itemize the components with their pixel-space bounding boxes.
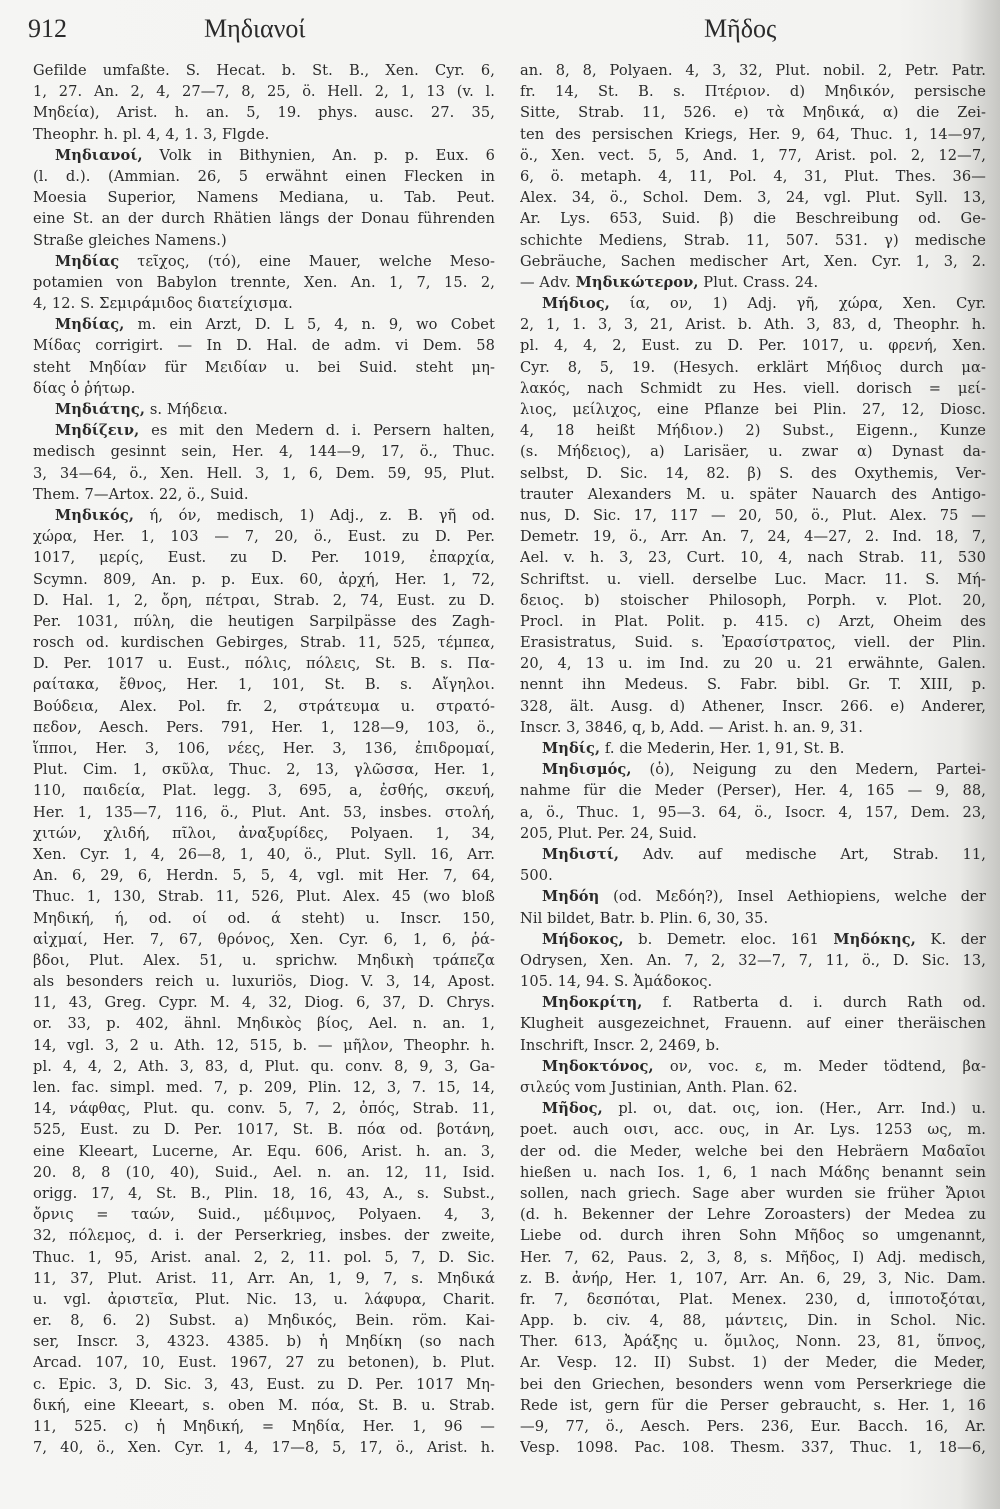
text-line: pl. 4, 4, 2, Eust. zu D. Per. 1017, u. φ… xyxy=(520,335,986,356)
text-line: Thuc. 1, 130, Strab. 11, 526, Plut. Alex… xyxy=(33,886,495,907)
line-text: λακός, nach Schmidt zu Hes. viell. doris… xyxy=(520,380,986,397)
line-text: Erasistratus, Suid. s. Ἐρασίστρατος, vie… xyxy=(520,634,986,651)
text-line: D. Hal. 1, 2, ὄρη, πέτραι, Strab. 2, 74,… xyxy=(33,590,495,611)
line-text: Plut. Cim. 1, σκῦλα, Thuc. 2, 13, γλῶσσα… xyxy=(33,761,495,778)
line-text: ö., Xen. vect. 5, 5, And. 1, 77, Arist. … xyxy=(520,147,986,164)
line-text: δειος. b) stoischer Philosoph, Porph. v.… xyxy=(520,592,986,609)
headword: Μηδίς, xyxy=(542,740,600,757)
text-line: Plut. Cim. 1, σκῦλα, Thuc. 2, 13, γλῶσσα… xyxy=(33,759,495,780)
text-line: fr. 14, St. B. s. Πτέριον. d) Μηδικόν, p… xyxy=(520,81,986,102)
text-line: 328, ält. Ausg. d) Athener, Inscr. 266. … xyxy=(520,696,986,717)
line-text: Inschrift, Inscr. 2, 2469, b. xyxy=(520,1037,720,1054)
line-text: nennt ihn Medeus. S. Fabr. bibl. Gr. T. … xyxy=(520,676,986,693)
line-text: Klugheit ausgezeichnet, Frauenn. auf ein… xyxy=(520,1015,986,1032)
text-line: χώρα, Her. 1, 103 — 7, 20, ö., Eust. zu … xyxy=(33,526,495,547)
line-text: or. 33, p. 402, ähnl. Μηδικὸς βίος, Ael.… xyxy=(33,1015,495,1032)
line-text: 14, vgl. 3, 2 u. Ath. 12, 515, b. — μῆλο… xyxy=(33,1037,495,1054)
headword: Μηδιστί, xyxy=(542,846,619,863)
line-text: Gefilde umfaßte. S. Hecat. b. St. B., Xe… xyxy=(33,62,495,79)
line-text: Thuc. 1, 130, Strab. 11, 526, Plut. Alex… xyxy=(33,888,495,905)
line-text: Procl. in Plat. Polit. p. 415. c) Arzt, … xyxy=(520,613,986,630)
line-text: m. ein Arzt, D. L 5, 4, n. 9, wo Cobet xyxy=(124,316,495,333)
text-line: a, ö., Thuc. 1, 95—3. 64, ö., Isocr. 4, … xyxy=(520,802,986,823)
text-line: fr. 7, δεσπόται, Plat. Menex. 230, d, ἱπ… xyxy=(520,1289,986,1310)
text-line: (s. Μήδειος), a) Larisäer, u. zwar α) Dy… xyxy=(520,441,986,462)
line-text: Μηδεία), Arist. h. an. 5, 19. phys. ausc… xyxy=(33,104,495,121)
text-line: trauter Alexanders M. u. später Nauarch … xyxy=(520,484,986,505)
text-line: D. Per. 1017 u. Eust., πόλις, πόλεις, St… xyxy=(33,653,495,674)
line-text: 11, 525. c) ἡ Μηδική, = Μηδία, Her. 1, 9… xyxy=(33,1418,495,1435)
line-text: nahme für die Meder (Perser), Her. 4, 16… xyxy=(520,782,986,799)
text-line: 4, 12. S. Σεμιράμιδος διατείχισμα. xyxy=(33,293,495,314)
line-text: Demetr. 19, ö., Arr. An. 7, 24, 4—27, 2.… xyxy=(520,528,986,545)
text-line: Rede ist, gern für die Perser gebraucht,… xyxy=(520,1395,986,1416)
text-line: 20. 8, 8 (10, 40), Suid., Ael. n. an. 12… xyxy=(33,1162,495,1183)
line-text: origg. 17, 4, St. B., Plin. 18, 16, 43, … xyxy=(33,1185,495,1202)
headword: Μηδίας xyxy=(55,253,119,270)
line-text: potamien von Babylon trennte, Xen. An. 1… xyxy=(33,274,495,291)
text-line: nennt ihn Medeus. S. Fabr. bibl. Gr. T. … xyxy=(520,674,986,695)
line-text: λιος, μείλιχος, eine Pflanze bei Plin. 2… xyxy=(520,401,986,418)
text-line: selbst, D. Sic. 14, 82. β) S. des Oxythe… xyxy=(520,463,986,484)
text-line: Odrysen, Xen. An. 7, 2, 32—7, 7, 11, ö.,… xyxy=(520,950,986,971)
text-line: Moesia Superior, Namens Mediana, u. Tab.… xyxy=(33,187,495,208)
line-text: Odrysen, Xen. An. 7, 2, 32—7, 7, 11, ö.,… xyxy=(520,952,986,969)
text-line: Schriftst. u. viell. derselbe Luc. Macr.… xyxy=(520,569,986,590)
text-line: Alex. 34, ö., Schol. Dem. 3, 24, vgl. Pl… xyxy=(520,187,986,208)
line-text: er. 8, 6. 2) Subst. a) Μηδικός, Bein. rö… xyxy=(33,1312,495,1329)
text-line: Gefilde umfaßte. S. Hecat. b. St. B., Xe… xyxy=(33,60,495,81)
line-text: 32, πόλεμος, d. i. der Perserkrieg, insb… xyxy=(33,1227,495,1244)
headword: Μηδίζειν, xyxy=(55,422,139,439)
line-text: ραίτακα, ἔθνος, Her. 1, 101, St. B. s. Α… xyxy=(33,676,495,693)
line-text: pl. 4, 4, 2, Eust. zu D. Per. 1017, u. φ… xyxy=(520,337,986,354)
entry-headword-line: Μηδιανοί, Volk in Bithynien, An. p. p. E… xyxy=(33,145,495,166)
text-line: Straße gleiches Namens.) xyxy=(33,230,495,251)
text-line: 110, παιδεία, Plat. legg. 3, 695, a, ἐσθ… xyxy=(33,780,495,801)
text-line: Μίδας corrigirt. — In D. Hal. de adm. vi… xyxy=(33,335,495,356)
entry-headword-line: Μήδιος, ία, ον, 1) Adj. γῆ, χώρα, Xen. C… xyxy=(520,293,986,314)
line-text: pl. οι, dat. οις, ion. (Her., Arr. Ind.)… xyxy=(603,1100,986,1117)
page-number: 912 xyxy=(28,14,67,44)
text-line: ten des persischen Kriegs, Her. 9, 64, T… xyxy=(520,124,986,145)
entry-headword-line: Μήδοκος, b. Demetr. eloc. 161 Μηδόκης, K… xyxy=(520,929,986,950)
line-text: Liebe od. durch ihren Sohn Μῆδος so umge… xyxy=(520,1227,986,1244)
line-text: σιλεύς vom Justinian, Anth. Plan. 62. xyxy=(520,1079,798,1096)
text-line: ὄρνις = ταών, Suid., μέδιμνος, Polyaen. … xyxy=(33,1204,495,1225)
text-line: Μηδεία), Arist. h. an. 5, 19. phys. ausc… xyxy=(33,102,495,123)
line-text: (ὁ), Neigung zu den Medern, Partei- xyxy=(632,761,986,778)
headword: Μηδοκτόνος, xyxy=(542,1058,654,1075)
line-text: Theophr. h. pl. 4, 4, 1. 3, Flgde. xyxy=(33,126,269,143)
entry-headword-line: Μηδόη (od. Μεδόη?), Insel Aethiopiens, w… xyxy=(520,886,986,907)
entry-headword-line: Μηδιάτης, s. Μήδεια. xyxy=(33,399,495,420)
text-line: An. 6, 29, 6, Herdn. 5, 5, 4, vgl. mit H… xyxy=(33,865,495,886)
line-text: τεῖχος, (τό), eine Mauer, welche Meso- xyxy=(119,253,495,270)
entry-headword-line: Μηδίς, f. die Mederin, Her. 1, 91, St. B… xyxy=(520,738,986,759)
headword: Μήδοκος, xyxy=(542,931,624,948)
text-line: Thuc. 1, 95, Arist. anal. 2, 2, 11. pol.… xyxy=(33,1247,495,1268)
headword: Μηδόη xyxy=(542,888,599,905)
line-text: 4, 12. S. Σεμιράμιδος διατείχισμα. xyxy=(33,295,293,312)
line-text: πεδον, Aesch. Pers. 791, Her. 1, 128—9, … xyxy=(33,719,495,736)
line-text: 328, ält. Ausg. d) Athener, Inscr. 266. … xyxy=(520,698,986,715)
line-text: Arcad. 107, 10, Eust. 1967, 27 zu betone… xyxy=(33,1354,495,1371)
line-text: (s. Μήδειος), a) Larisäer, u. zwar α) Dy… xyxy=(520,443,986,460)
entry-headword-line: Μηδίας, m. ein Arzt, D. L 5, 4, n. 9, wo… xyxy=(33,314,495,335)
text-line: Procl. in Plat. Polit. p. 415. c) Arzt, … xyxy=(520,611,986,632)
line-text: 1, 27. An. 2, 4, 27—7, 8, 25, ö. Hell. 2… xyxy=(33,83,495,100)
text-line: ραίτακα, ἔθνος, Her. 1, 101, St. B. s. Α… xyxy=(33,674,495,695)
text-line: Scymn. 809, An. p. p. Eux. 60, ἀρχή, Her… xyxy=(33,569,495,590)
text-line: δίας ὁ ῥήτωρ. xyxy=(33,378,495,399)
line-text: Ther. 613, Ἀράξης u. ὅμιλος, Nonn. 23, 8… xyxy=(520,1333,986,1350)
text-line: 2, 1, 1. 3, 3, 21, Arist. b. Ath. 3, 83,… xyxy=(520,314,986,335)
text-line: Ael. v. h. 3, 23, Curt. 10, 4, nach Stra… xyxy=(520,547,986,568)
text-line: χιτών, χλιδή, πῖλοι, ἀναξυρίδες, Polyaen… xyxy=(33,823,495,844)
line-text: Schriftst. u. viell. derselbe Luc. Macr.… xyxy=(520,571,986,588)
entry-headword-line: Μηδίζειν, es mit den Medern d. i. Perser… xyxy=(33,420,495,441)
line-text: App. b. civ. 4, 88, μάντεις, Din. in Sch… xyxy=(520,1312,986,1329)
text-line: ἵπποι, Her. 3, 106, νέες, Her. 3, 136, ἐ… xyxy=(33,738,495,759)
line-text: 11, 43, Greg. Cypr. M. 4, 32, Diog. 6, 3… xyxy=(33,994,495,1011)
text-line: nus, D. Sic. 17, 117 — 20, 50, ö., Plut.… xyxy=(520,505,986,526)
text-line: an. 8, 8, Polyaen. 4, 3, 32, Plut. nobil… xyxy=(520,60,986,81)
entry-headword-line: Μῆδος, pl. οι, dat. οις, ion. (Her., Arr… xyxy=(520,1098,986,1119)
text-line: 11, 37, Plut. Arist. 11, Arr. An, 1, 9, … xyxy=(33,1268,495,1289)
line-text: Adv. auf medische Art, Strab. 11, xyxy=(619,846,986,863)
text-line: 11, 525. c) ἡ Μηδική, = Μηδία, Her. 1, 9… xyxy=(33,1416,495,1437)
line-text: Scymn. 809, An. p. p. Eux. 60, ἀρχή, Her… xyxy=(33,571,495,588)
line-text: fr. 14, St. B. s. Πτέριον. d) Μηδικόν, p… xyxy=(520,83,986,100)
line-text: 525, Eust. zu D. Per. 1017, St. B. πόα o… xyxy=(33,1121,495,1138)
text-line: λιος, μείλιχος, eine Pflanze bei Plin. 2… xyxy=(520,399,986,420)
headword: Μηδικώτερον, xyxy=(576,274,699,291)
text-line: (l. d.). (Ammian. 26, 5 erwähnt einen Fl… xyxy=(33,166,495,187)
line-text: 20. 8, 8 (10, 40), Suid., Ael. n. an. 12… xyxy=(33,1164,495,1181)
text-line: 14, vgl. 3, 2 u. Ath. 12, 515, b. — μῆλο… xyxy=(33,1035,495,1056)
text-line: (d. h. Bekenner der Lehre Zoroasters) de… xyxy=(520,1204,986,1225)
line-text: Moesia Superior, Namens Mediana, u. Tab.… xyxy=(33,189,495,206)
line-text: 500. xyxy=(520,867,553,884)
text-line: steht Μηδίαν für Μειδίαν u. bei Suid. st… xyxy=(33,357,495,378)
line-text: (od. Μεδόη?), Insel Aethiopiens, welche … xyxy=(599,888,986,905)
line-text: a, ö., Thuc. 1, 95—3. 64, ö., Isocr. 4, … xyxy=(520,804,986,821)
text-line: Per. 1031, πύλη, die heutigen Sarpilpäss… xyxy=(33,611,495,632)
line-text: hießen u. nach Ios. 1, 6, 1 nach Μάδης b… xyxy=(520,1164,986,1181)
line-text: trauter Alexanders M. u. später Nauarch … xyxy=(520,486,986,503)
text-line: rosch od. kurdischen Gebirges, Strab. 11… xyxy=(33,632,495,653)
line-text: poet. auch οισι, acc. ους, in Ar. Lys. 1… xyxy=(520,1121,986,1138)
line-text: Gebräuche, Sachen medischer Art, Xen. Cy… xyxy=(520,253,986,270)
text-line: hießen u. nach Ios. 1, 6, 1 nach Μάδης b… xyxy=(520,1162,986,1183)
text-line: Liebe od. durch ihren Sohn Μῆδος so umge… xyxy=(520,1225,986,1246)
line-text: 6, ö. metaph. 4, 11, Pol. 4, 31, Plut. T… xyxy=(520,168,986,185)
text-line: Demetr. 19, ö., Arr. An. 7, 24, 4—27, 2.… xyxy=(520,526,986,547)
headword: Μηδιάτης, xyxy=(55,401,145,418)
text-line: πεδον, Aesch. Pers. 791, Her. 1, 128—9, … xyxy=(33,717,495,738)
line-text: Alex. 34, ö., Schol. Dem. 3, 24, vgl. Pl… xyxy=(520,189,986,206)
text-line: Her. 7, 62, Paus. 2, 3, 8, s. Μῆδος, I) … xyxy=(520,1247,986,1268)
text-line: 500. xyxy=(520,865,986,886)
text-line: Sitte, Strab. 11, 526. e) τὰ Μηδικά, α) … xyxy=(520,102,986,123)
text-line: Vesp. 1098. Pac. 108. Thesm. 337, Thuc. … xyxy=(520,1437,986,1458)
text-line: Cyr. 8, 5, 19. (Hesych. erklärt Μήδιος d… xyxy=(520,357,986,378)
line-text: 1017, μερίς, Eust. zu D. Per. 1019, ἐπαρ… xyxy=(33,549,495,566)
text-line: —9, 77, ö., Aesch. Pers. 236, Eur. Bacch… xyxy=(520,1416,986,1437)
line-text: Μηδική, ή, od. οί od. ά steht) u. Inscr.… xyxy=(33,910,495,927)
line-text: 11, 37, Plut. Arist. 11, Arr. An, 1, 9, … xyxy=(33,1270,495,1287)
headword: Μηδίας, xyxy=(55,316,124,333)
line-text: ή, όν, medisch, 1) Adj., z. B. γῆ od. xyxy=(134,507,495,524)
line-text: (d. h. Bekenner der Lehre Zoroasters) de… xyxy=(520,1206,986,1223)
line-text: χώρα, Her. 1, 103 — 7, 20, ö., Eust. zu … xyxy=(33,528,495,545)
headword: Μήδιος, xyxy=(542,295,610,312)
text-line: Xen. Cyr. 1, 4, 26—8, 1, 40, ö., Plut. S… xyxy=(33,844,495,865)
line-text: len. fac. simpl. med. 7, p. 209, Plin. 1… xyxy=(33,1079,495,1096)
line-text: z. B. ἀνήρ, Her. 1, 107, Arr. An. 6, 29,… xyxy=(520,1270,986,1287)
line-text: an. 8, 8, Polyaen. 4, 3, 32, Plut. nobil… xyxy=(520,62,986,79)
line-text: als besonders reich u. luxuriös, Diog. V… xyxy=(33,973,495,990)
line-text: Her. 1, 135—7, 116, ö., Plut. Ant. 53, i… xyxy=(33,804,495,821)
text-line: poet. auch οισι, acc. ους, in Ar. Lys. 1… xyxy=(520,1119,986,1140)
text-line: Her. 1, 135—7, 116, ö., Plut. Ant. 53, i… xyxy=(33,802,495,823)
line-text: αἰχμαί, Her. 7, 67, θρόνος, Xen. Cyr. 6,… xyxy=(33,931,495,948)
line-text: ον, voc. ε, m. Meder tödtend, βα- xyxy=(654,1058,986,1075)
text-line: Erasistratus, Suid. s. Ἐρασίστρατος, vie… xyxy=(520,632,986,653)
text-line: medisch gesinnt sein, Her. 4, 144—9, 17,… xyxy=(33,441,495,462)
line-text: Cyr. 8, 5, 19. (Hesych. erklärt Μήδιος d… xyxy=(520,359,986,376)
headword: Μηδικός, xyxy=(55,507,134,524)
page-edge-shadow xyxy=(960,0,1000,1509)
entry-headword-line: Μηδικός, ή, όν, medisch, 1) Adj., z. B. … xyxy=(33,505,495,526)
text-line: z. B. ἀνήρ, Her. 1, 107, Arr. An. 6, 29,… xyxy=(520,1268,986,1289)
line-text: der od. die Meder, welche bei den Hebräe… xyxy=(520,1143,986,1160)
text-line: δειος. b) stoischer Philosoph, Porph. v.… xyxy=(520,590,986,611)
text-line: αἰχμαί, Her. 7, 67, θρόνος, Xen. Cyr. 6,… xyxy=(33,929,495,950)
text-line: or. 33, p. 402, ähnl. Μηδικὸς βίος, Ael.… xyxy=(33,1013,495,1034)
text-line: 14, νάφθας, Plut. qu. conv. 5, 7, 2, ὀπό… xyxy=(33,1098,495,1119)
text-line: 105. 14, 94. S. Ἀμάδοκος. xyxy=(520,971,986,992)
line-text: u. vgl. ἀριστεῖα, Plut. Nic. 13, u. λάφυ… xyxy=(33,1291,495,1308)
text-line: Ar. Vesp. 12. II) Subst. 1) der Meder, d… xyxy=(520,1352,986,1373)
line-text: medisch gesinnt sein, Her. 4, 144—9, 17,… xyxy=(33,443,495,460)
text-line: δική, eine Kleeart, s. oben M. πόα, St. … xyxy=(33,1395,495,1416)
line-text: (l. d.). (Ammian. 26, 5 erwähnt einen Fl… xyxy=(33,168,495,185)
line-text: c. Epic. 3, D. Sic. 3, 43, Eust. zu D. P… xyxy=(33,1376,495,1393)
line-text: b. Demetr. eloc. 161 xyxy=(624,931,834,948)
line-text: Nil bildet, Batr. b. Plin. 6, 30, 35. xyxy=(520,910,768,927)
line-text: δίας ὁ ῥήτωρ. xyxy=(33,380,135,397)
line-text: selbst, D. Sic. 14, 82. β) S. des Oxythe… xyxy=(520,465,986,482)
headword: Μηδόκης, xyxy=(833,931,916,948)
line-text: χιτών, χλιδή, πῖλοι, ἀναξυρίδες, Polyaen… xyxy=(33,825,495,842)
text-line: der od. die Meder, welche bei den Hebräe… xyxy=(520,1141,986,1162)
line-text: 3, 34—64, ö., Xen. Hell. 3, 1, 6, Dem. 5… xyxy=(33,465,495,482)
text-line: 3, 34—64, ö., Xen. Hell. 3, 1, 6, Dem. 5… xyxy=(33,463,495,484)
line-text: Rede ist, gern für die Perser gebraucht,… xyxy=(520,1397,986,1414)
text-line: 4, 18 heißt Μήδιον.) 2) Subst., Eigenn.,… xyxy=(520,420,986,441)
headword: Μηδισμός, xyxy=(542,761,632,778)
text-line: Nil bildet, Batr. b. Plin. 6, 30, 35. xyxy=(520,908,986,929)
line-text: Inscr. 3, 3846, q, b, Add. — Arist. h. a… xyxy=(520,719,863,736)
line-text: ὄρνις = ταών, Suid., μέδιμνος, Polyaen. … xyxy=(33,1206,495,1223)
entry-headword-line: Μηδοκρίτη, f. Ratberta d. i. durch Rath … xyxy=(520,992,986,1013)
line-text: sollen, nach griech. Sage aber wurden si… xyxy=(520,1185,986,1202)
line-text: Volk in Bithynien, An. p. p. Eux. 6 xyxy=(143,147,495,164)
line-text: Ar. Lys. 653, Suid. β) die Beschreibung … xyxy=(520,210,986,227)
line-text: —9, 77, ö., Aesch. Pers. 236, Eur. Bacch… xyxy=(520,1418,986,1435)
text-line: len. fac. simpl. med. 7, p. 209, Plin. 1… xyxy=(33,1077,495,1098)
line-text: Her. 7, 62, Paus. 2, 3, 8, s. Μῆδος, I) … xyxy=(520,1249,986,1266)
entry-headword-line: Μηδίας τεῖχος, (τό), eine Mauer, welche … xyxy=(33,251,495,272)
text-line: Them. 7—Artox. 22, ö., Suid. xyxy=(33,484,495,505)
line-text: f. die Mederin, Her. 1, 91, St. B. xyxy=(600,740,844,757)
line-text: nus, D. Sic. 17, 117 — 20, 50, ö., Plut.… xyxy=(520,507,986,524)
line-text: Per. 1031, πύλη, die heutigen Sarpilpäss… xyxy=(33,613,495,630)
line-text: D. Hal. 1, 2, ὄρη, πέτραι, Strab. 2, 74,… xyxy=(33,592,495,609)
line-text: Thuc. 1, 95, Arist. anal. 2, 2, 11. pol.… xyxy=(33,1249,495,1266)
text-line: 32, πόλεμος, d. i. der Perserkrieg, insb… xyxy=(33,1225,495,1246)
text-line: eine St. an der durch Rhätien längs der … xyxy=(33,208,495,229)
line-text: 7, 40, ö., Xen. Cyr. 1, 4, 17—8, 5, 17, … xyxy=(33,1439,495,1456)
text-line: pl. 4, 4, 2, Ath. 3, 83, d, Plut. qu. co… xyxy=(33,1056,495,1077)
left-column: Gefilde umfaßte. S. Hecat. b. St. B., Xe… xyxy=(33,60,495,1458)
text-line: als besonders reich u. luxuriös, Diog. V… xyxy=(33,971,495,992)
line-text: ἵπποι, Her. 3, 106, νέες, Her. 3, 136, ἐ… xyxy=(33,740,495,757)
text-line: bei den Griechen, besonders wenn vom Per… xyxy=(520,1374,986,1395)
line-text: 205, Plut. Per. 24, Suid. xyxy=(520,825,697,842)
line-text: Μίδας corrigirt. — In D. Hal. de adm. vi… xyxy=(33,337,495,354)
entry-headword-line: Μηδισμός, (ὁ), Neigung zu den Medern, Pa… xyxy=(520,759,986,780)
text-line: App. b. civ. 4, 88, μάντεις, Din. in Sch… xyxy=(520,1310,986,1331)
text-line: 525, Eust. zu D. Per. 1017, St. B. πόα o… xyxy=(33,1119,495,1140)
line-text: fr. 7, δεσπόται, Plat. Menex. 230, d, ἱπ… xyxy=(520,1291,986,1308)
entry-headword-line: Μηδοκτόνος, ον, voc. ε, m. Meder tödtend… xyxy=(520,1056,986,1077)
text-line: λακός, nach Schmidt zu Hes. viell. doris… xyxy=(520,378,986,399)
entry-headword-line: Μηδιστί, Adv. auf medische Art, Strab. 1… xyxy=(520,844,986,865)
line-text: bei den Griechen, besonders wenn vom Per… xyxy=(520,1376,986,1393)
line-text: schichte Mediens, Strab. 11, 507. 531. γ… xyxy=(520,232,986,249)
line-text: δική, eine Kleeart, s. oben M. πόα, St. … xyxy=(33,1397,495,1414)
line-text: 110, παιδεία, Plat. legg. 3, 695, a, ἐσθ… xyxy=(33,782,495,799)
text-line: 1017, μερίς, Eust. zu D. Per. 1019, ἐπαρ… xyxy=(33,547,495,568)
text-line: origg. 17, 4, St. B., Plin. 18, 16, 43, … xyxy=(33,1183,495,1204)
text-line: 20, 4, 13 u. im Ind. zu 20 u. 21 erwähnt… xyxy=(520,653,986,674)
text-line: βδοι, Plut. Alex. 51, u. sprichw. Μηδικὴ… xyxy=(33,950,495,971)
right-running-head: Μῆδος xyxy=(704,14,776,44)
line-text: Xen. Cyr. 1, 4, 26—8, 1, 40, ö., Plut. S… xyxy=(33,846,495,863)
text-line: Arcad. 107, 10, Eust. 1967, 27 zu betone… xyxy=(33,1352,495,1373)
right-column: an. 8, 8, Polyaen. 4, 3, 32, Plut. nobil… xyxy=(520,60,986,1458)
line-text: Ael. v. h. 3, 23, Curt. 10, 4, nach Stra… xyxy=(520,549,986,566)
line-text: eine Kleeart, Lucerne, Ar. Equ. 606, Ari… xyxy=(33,1143,495,1160)
line-text: βδοι, Plut. Alex. 51, u. sprichw. Μηδικὴ… xyxy=(33,952,495,969)
text-line: ser, Inscr. 3, 4323. 4385. b) ἡ Μηδίκη (… xyxy=(33,1331,495,1352)
text-line: Gebräuche, Sachen medischer Art, Xen. Cy… xyxy=(520,251,986,272)
text-line: Βούδεια, Alex. Pol. fr. 2, στράτευμα u. … xyxy=(33,696,495,717)
text-line: Inschrift, Inscr. 2, 2469, b. xyxy=(520,1035,986,1056)
text-line: nahme für die Meder (Perser), Her. 4, 16… xyxy=(520,780,986,801)
line-text: eine St. an der durch Rhätien längs der … xyxy=(33,210,495,227)
line-text: Straße gleiches Namens.) xyxy=(33,232,227,249)
text-line: er. 8, 6. 2) Subst. a) Μηδικός, Bein. rö… xyxy=(33,1310,495,1331)
line-text: Sitte, Strab. 11, 526. e) τὰ Μηδικά, α) … xyxy=(520,104,986,121)
text-line: u. vgl. ἀριστεῖα, Plut. Nic. 13, u. λάφυ… xyxy=(33,1289,495,1310)
text-line: Ther. 613, Ἀράξης u. ὅμιλος, Nonn. 23, 8… xyxy=(520,1331,986,1352)
line-text: Βούδεια, Alex. Pol. fr. 2, στράτευμα u. … xyxy=(33,698,495,715)
line-text: pl. 4, 4, 2, Ath. 3, 83, d, Plut. qu. co… xyxy=(33,1058,495,1075)
text-line: 1, 27. An. 2, 4, 27—7, 8, 25, ö. Hell. 2… xyxy=(33,81,495,102)
line-text: ten des persischen Kriegs, Her. 9, 64, T… xyxy=(520,126,986,143)
headword: Μῆδος, xyxy=(542,1100,603,1117)
line-text: 2, 1, 1. 3, 3, 21, Arist. b. Ath. 3, 83,… xyxy=(520,316,986,333)
text-line: Inscr. 3, 3846, q, b, Add. — Arist. h. a… xyxy=(520,717,986,738)
text-line: 205, Plut. Per. 24, Suid. xyxy=(520,823,986,844)
text-line: sollen, nach griech. Sage aber wurden si… xyxy=(520,1183,986,1204)
line-text: — Adv. xyxy=(520,274,576,291)
line-text: 4, 18 heißt Μήδιον.) 2) Subst., Eigenn.,… xyxy=(520,422,986,439)
headword: Μηδιανοί, xyxy=(55,147,143,164)
text-line: 7, 40, ö., Xen. Cyr. 1, 4, 17—8, 5, 17, … xyxy=(33,1437,495,1458)
line-text: ser, Inscr. 3, 4323. 4385. b) ἡ Μηδίκη (… xyxy=(33,1333,495,1350)
headword: Μηδοκρίτη, xyxy=(542,994,642,1011)
text-line: eine Kleeart, Lucerne, Ar. Equ. 606, Ari… xyxy=(33,1141,495,1162)
line-text: An. 6, 29, 6, Herdn. 5, 5, 4, vgl. mit H… xyxy=(33,867,495,884)
line-text: Them. 7—Artox. 22, ö., Suid. xyxy=(33,486,249,503)
line-text: 20, 4, 13 u. im Ind. zu 20 u. 21 erwähnt… xyxy=(520,655,986,672)
line-text: rosch od. kurdischen Gebirges, Strab. 11… xyxy=(33,634,495,651)
text-line: 11, 43, Greg. Cypr. M. 4, 32, Diog. 6, 3… xyxy=(33,992,495,1013)
line-text: D. Per. 1017 u. Eust., πόλις, πόλεις, St… xyxy=(33,655,495,672)
line-text: es mit den Medern d. i. Persern halten, xyxy=(139,422,495,439)
line-text: steht Μηδίαν für Μειδίαν u. bei Suid. st… xyxy=(33,359,495,376)
line-text: ία, ον, 1) Adj. γῆ, χώρα, Xen. Cyr. xyxy=(610,295,986,312)
text-line: potamien von Babylon trennte, Xen. An. 1… xyxy=(33,272,495,293)
line-text: 14, νάφθας, Plut. qu. conv. 5, 7, 2, ὀπό… xyxy=(33,1100,495,1117)
dictionary-page: 912 Μηδιανοί Μῆδος Gefilde umfaßte. S. H… xyxy=(0,0,1000,1509)
line-text: Ar. Vesp. 12. II) Subst. 1) der Meder, d… xyxy=(520,1354,986,1371)
text-line: — Adv. Μηδικώτερον, Plut. Crass. 24. xyxy=(520,272,986,293)
line-text: f. Ratberta d. i. durch Rath od. xyxy=(642,994,986,1011)
text-line: Theophr. h. pl. 4, 4, 1. 3, Flgde. xyxy=(33,124,495,145)
text-line: Μηδική, ή, od. οί od. ά steht) u. Inscr.… xyxy=(33,908,495,929)
text-line: ö., Xen. vect. 5, 5, And. 1, 77, Arist. … xyxy=(520,145,986,166)
line-text: s. Μήδεια. xyxy=(145,401,228,418)
text-line: 6, ö. metaph. 4, 11, Pol. 4, 31, Plut. T… xyxy=(520,166,986,187)
text-line: Klugheit ausgezeichnet, Frauenn. auf ein… xyxy=(520,1013,986,1034)
text-line: schichte Mediens, Strab. 11, 507. 531. γ… xyxy=(520,230,986,251)
line-text: 105. 14, 94. S. Ἀμάδοκος. xyxy=(520,973,712,990)
text-line: Ar. Lys. 653, Suid. β) die Beschreibung … xyxy=(520,208,986,229)
line-text: Plut. Crass. 24. xyxy=(699,274,819,291)
text-line: σιλεύς vom Justinian, Anth. Plan. 62. xyxy=(520,1077,986,1098)
text-line: c. Epic. 3, D. Sic. 3, 43, Eust. zu D. P… xyxy=(33,1374,495,1395)
left-running-head: Μηδιανοί xyxy=(204,14,305,44)
line-text: Vesp. 1098. Pac. 108. Thesm. 337, Thuc. … xyxy=(520,1439,986,1456)
